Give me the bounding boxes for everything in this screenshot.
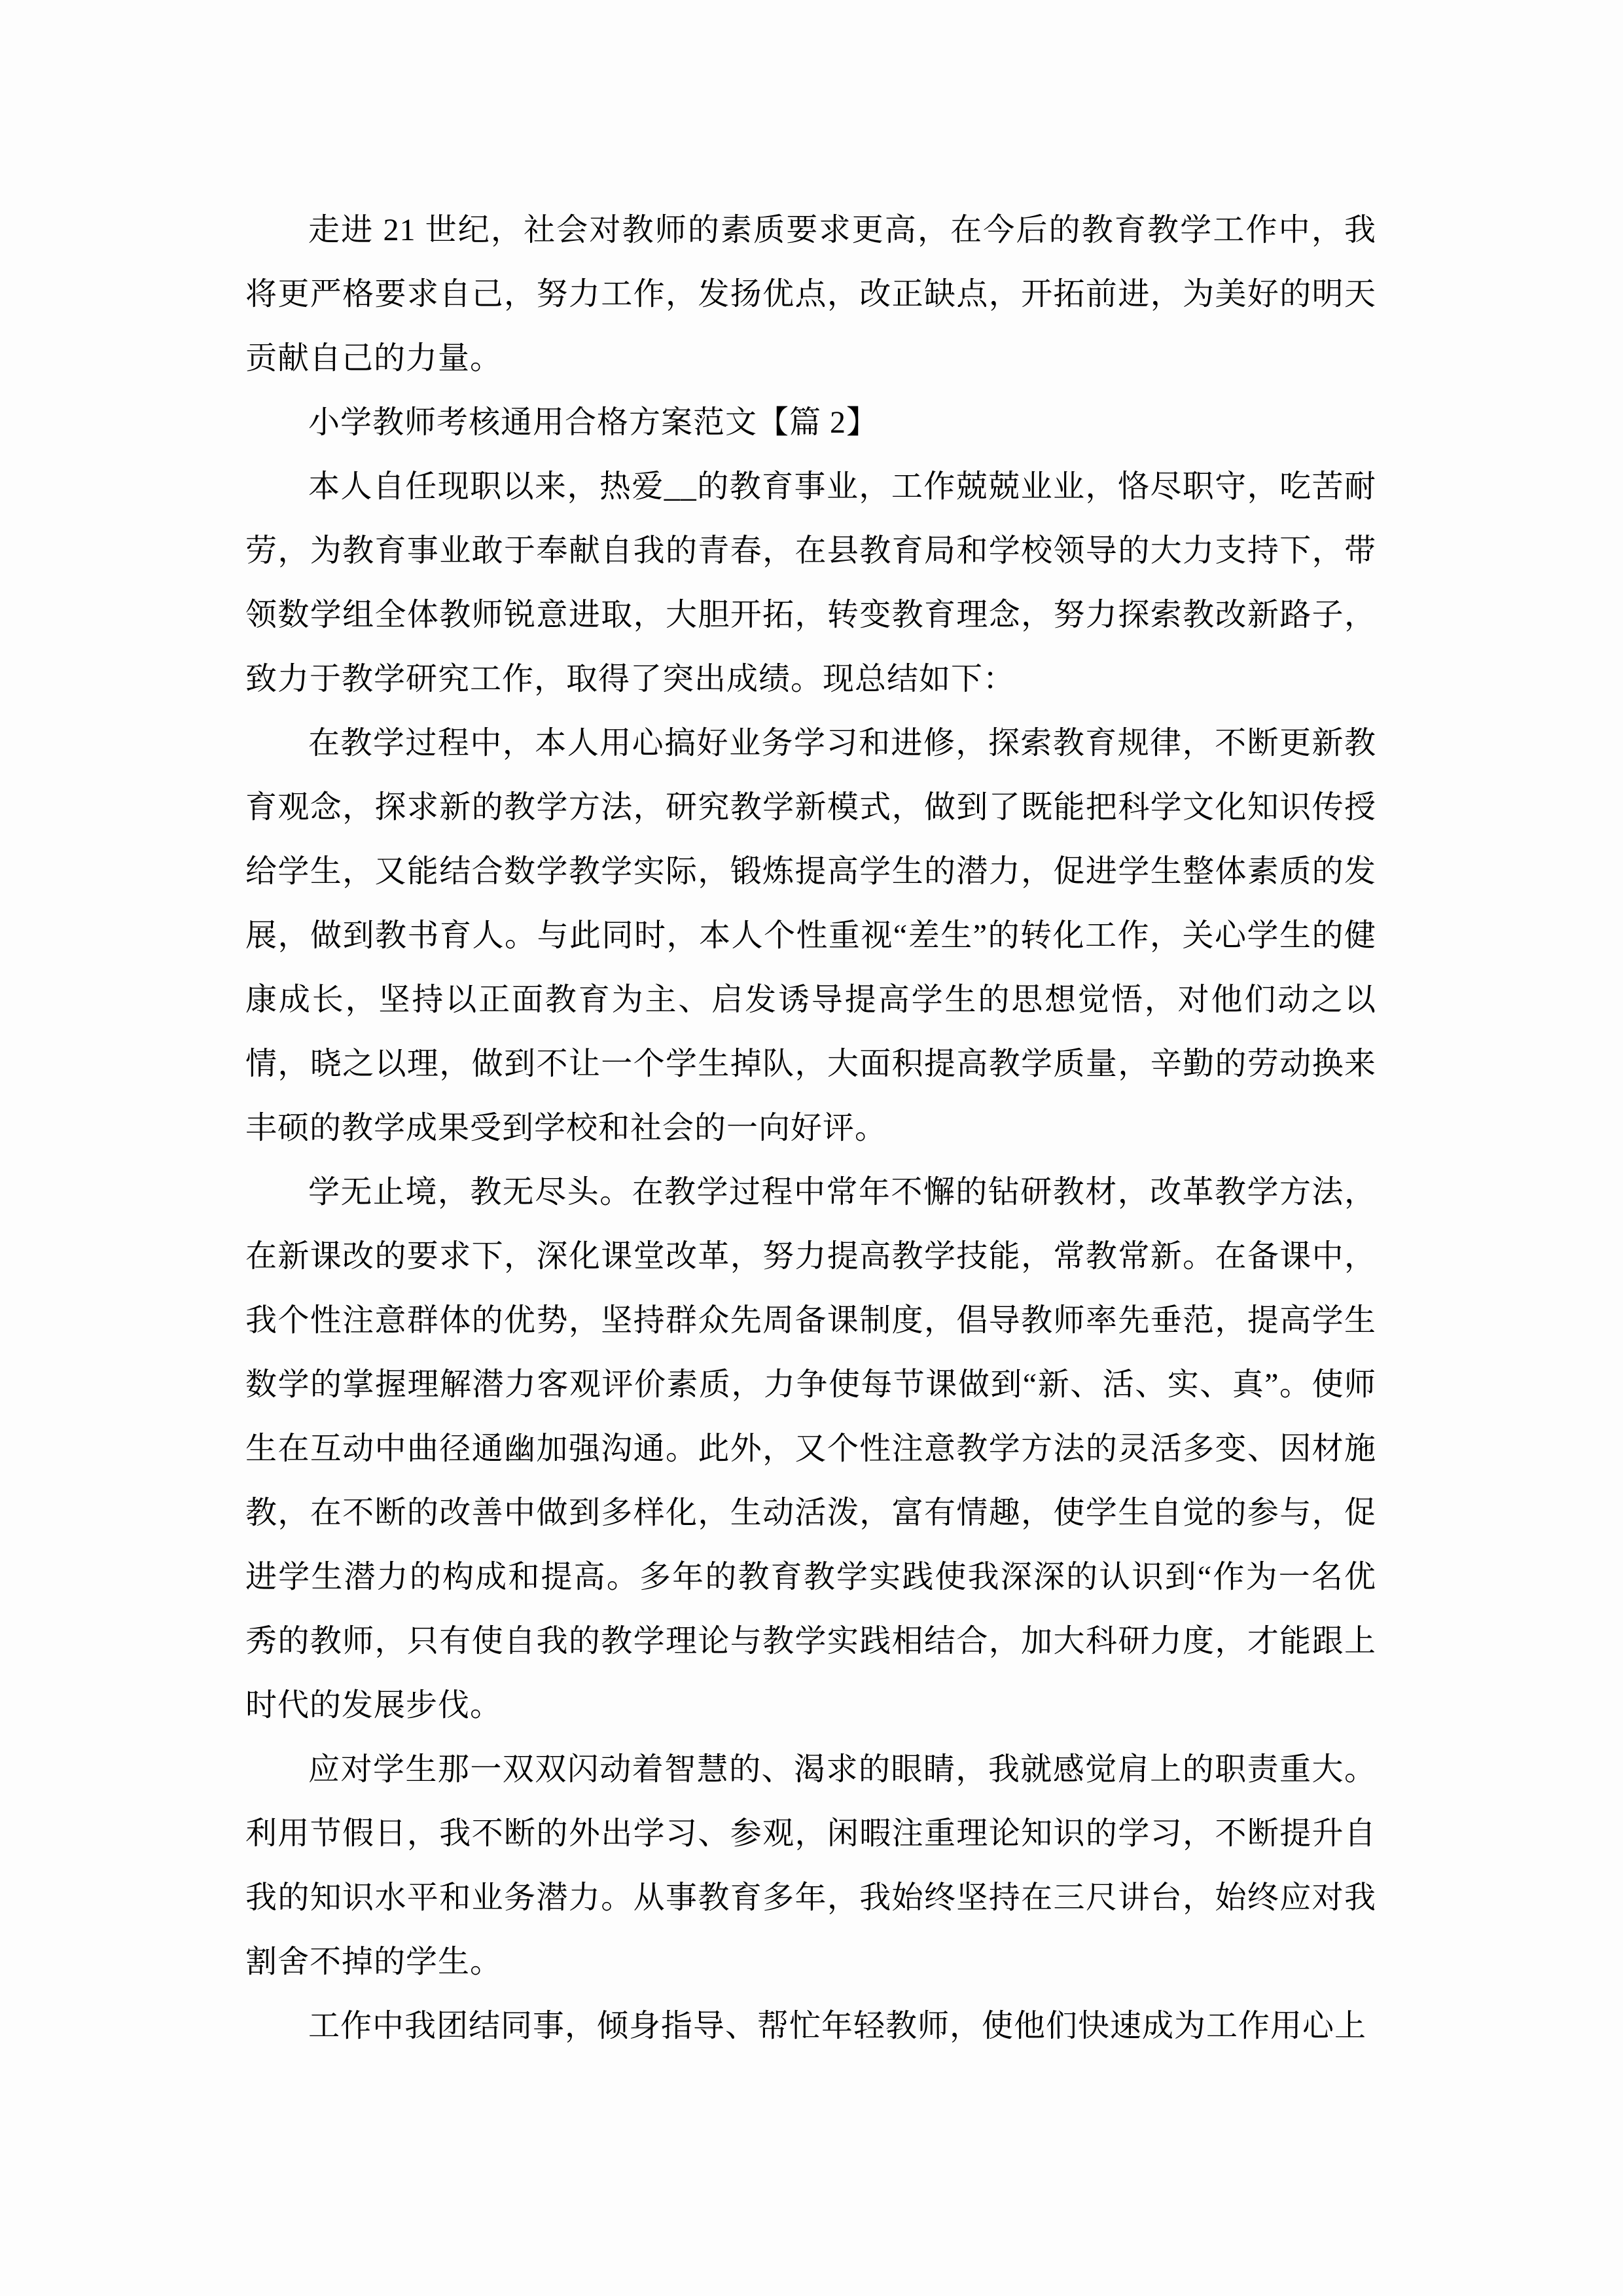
document-page: 走进 21 世纪，社会对教师的素质要求更高，在今后的教育教学工作中，我将更严格要…	[0, 0, 1623, 2296]
paragraph: 应对学生那一双双闪动着智慧的、渴求的眼睛，我就感觉肩上的职责重大。利用节假日，我…	[245, 1738, 1376, 1994]
paragraph: 工作中我团结同事，倾身指导、帮忙年轻教师，使他们快速成为工作用心上	[245, 1994, 1376, 2058]
document-body: 走进 21 世纪，社会对教师的素质要求更高，在今后的教育教学工作中，我将更严格要…	[245, 198, 1376, 2058]
paragraph: 在教学过程中，本人用心搞好业务学习和进修，探索教育规律，不断更新教育观念，探求新…	[245, 711, 1376, 1160]
paragraph: 学无止境，教无尽头。在教学过程中常年不懈的钻研教材，改革教学方法，在新课改的要求…	[245, 1160, 1376, 1738]
paragraph: 本人自任现职以来，热爱__的教育事业，工作兢兢业业，恪尽职守，吃苦耐劳，为教育事…	[245, 455, 1376, 711]
paragraph: 走进 21 世纪，社会对教师的素质要求更高，在今后的教育教学工作中，我将更严格要…	[245, 198, 1376, 391]
paragraph: 小学教师考核通用合格方案范文【篇 2】	[245, 391, 1376, 455]
